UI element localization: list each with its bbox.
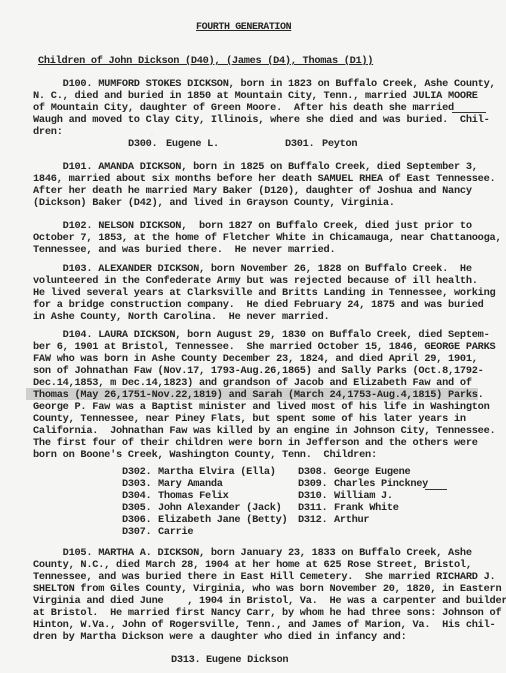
child-id: D307. <box>122 526 151 538</box>
entry-line: ber 6, 1901 at Bristol, Tennessee. She m… <box>33 341 495 354</box>
child-id: D303. <box>122 478 151 490</box>
child-id: D308. <box>298 466 327 478</box>
child-id: D301. <box>285 138 314 150</box>
blank-underline <box>452 112 486 113</box>
entry-line: D102. NELSON DICKSON, born 1827 on Buffa… <box>33 220 472 233</box>
entry-line: N. C., died and buried in 1850 at Mounta… <box>33 90 478 103</box>
child-name: Arthur <box>334 514 369 526</box>
child-name: Eugene Dickson <box>206 654 288 666</box>
entry-line: County, Tennessee, near Piney Flats, but… <box>33 413 466 426</box>
entry-line: son of Johnathan Faw (Nov.17, 1793-Aug.2… <box>33 365 484 378</box>
child-name: Thomas Felix <box>158 490 229 502</box>
entry-line: Dec.14,1853, m Dec.14,1823) and grandson… <box>33 377 472 390</box>
entry-line: (Dickson) Baker (D42), and lived in Gray… <box>33 197 395 210</box>
child-id: D312. <box>298 514 327 526</box>
child-name: William J. <box>334 490 393 502</box>
entry-line: dren: <box>33 126 63 139</box>
entry-line: in Ashe County, North Carolina. He never… <box>33 311 329 324</box>
child-id: D304. <box>122 490 151 502</box>
child-name: Mary Amanda <box>158 478 223 490</box>
entry-line: Tennessee, and was buried there. He neve… <box>33 244 335 257</box>
entry-line: D104. LAURA DICKSON, born August 29, 183… <box>33 329 490 342</box>
child-name: John Alexander (Jack) <box>158 502 281 514</box>
entry-line: After her death he married Mary Baker (D… <box>33 185 472 198</box>
blank-underline <box>425 489 447 490</box>
entry-line: Virginia and died June , 1904 in Bristol… <box>33 595 506 608</box>
entry-line: D105. MARTHA A. DICKSON, born January 23… <box>33 547 472 560</box>
entry-line: D101. AMANDA DICKSON, born in 1825 on Bu… <box>33 161 478 174</box>
entry-line: Waugh and moved to Clay City, Illinois, … <box>33 114 490 127</box>
child-id: D305. <box>122 502 151 514</box>
child-id: D311. <box>298 502 327 514</box>
child-id: D310. <box>298 490 327 502</box>
section-subtitle: Children of John Dickson (D40), (James (… <box>38 55 373 68</box>
entry-line: Tennessee, and was buried there in East … <box>33 571 495 584</box>
entry-line: October 7, 1853, at the home of Fletcher… <box>33 232 501 245</box>
child-id: D300. <box>128 138 157 150</box>
entry-line: Hinton, W.Va., John of Rogersville, Tenn… <box>33 619 495 632</box>
child-name: George Eugene <box>334 466 410 478</box>
child-name: Martha Elvira (Ella) <box>158 466 276 478</box>
entry-line: The first four of their children were bo… <box>33 437 478 450</box>
child-name: Charles Pinckney <box>334 478 428 490</box>
entry-line: for a bridge construction company. He di… <box>33 299 484 312</box>
entry-line: of Mountain City, daughter of Green Moor… <box>33 102 454 115</box>
entry-line: D100. MUMFORD STOKES DICKSON, born in 18… <box>33 78 495 91</box>
entry-line: 1846, married about six months before he… <box>33 173 495 186</box>
entry-line: dren by Martha Dickson were a daughter w… <box>33 631 407 644</box>
page-title: FOURTH GENERATION <box>196 22 291 35</box>
entry-line: born on Boone's Creek, Washington County… <box>33 449 377 462</box>
child-name: Eugene L. <box>166 138 219 150</box>
child-name: Frank White <box>334 502 399 514</box>
child-id: D313. <box>171 654 200 666</box>
entry-line: volunteered in the Confederate Army but … <box>33 275 478 288</box>
child-id: D309. <box>298 478 327 490</box>
entry-line: County, N.C., died March 28, 1904 at her… <box>33 559 472 572</box>
child-name: Peyton <box>322 138 357 150</box>
child-id: D302. <box>122 466 151 478</box>
entry-line: FAW who was born in Ashe County December… <box>33 353 478 366</box>
child-id: D306. <box>122 514 151 526</box>
document-page: FOURTH GENERATION Children of John Dicks… <box>0 0 506 673</box>
child-name: Elizabeth Jane (Betty) <box>158 514 287 526</box>
entry-line: He lived several years at Clarksville an… <box>33 287 495 300</box>
entry-line: at Bristol. He married first Nancy Carr,… <box>33 607 501 620</box>
child-name: Carrie <box>158 526 193 538</box>
entry-line: California. Johnathan Faw was killed by … <box>33 425 495 438</box>
entry-line: D103. ALEXANDER DICKSON, born November 2… <box>33 263 472 276</box>
entry-line-highlighted: Thomas (May 26,1751-Nov.22,1819) and Sar… <box>33 389 484 402</box>
entry-line: George P. Faw was a Baptist minister and… <box>33 401 490 414</box>
entry-line: SHELTON from Giles County, Virginia, who… <box>33 583 501 596</box>
